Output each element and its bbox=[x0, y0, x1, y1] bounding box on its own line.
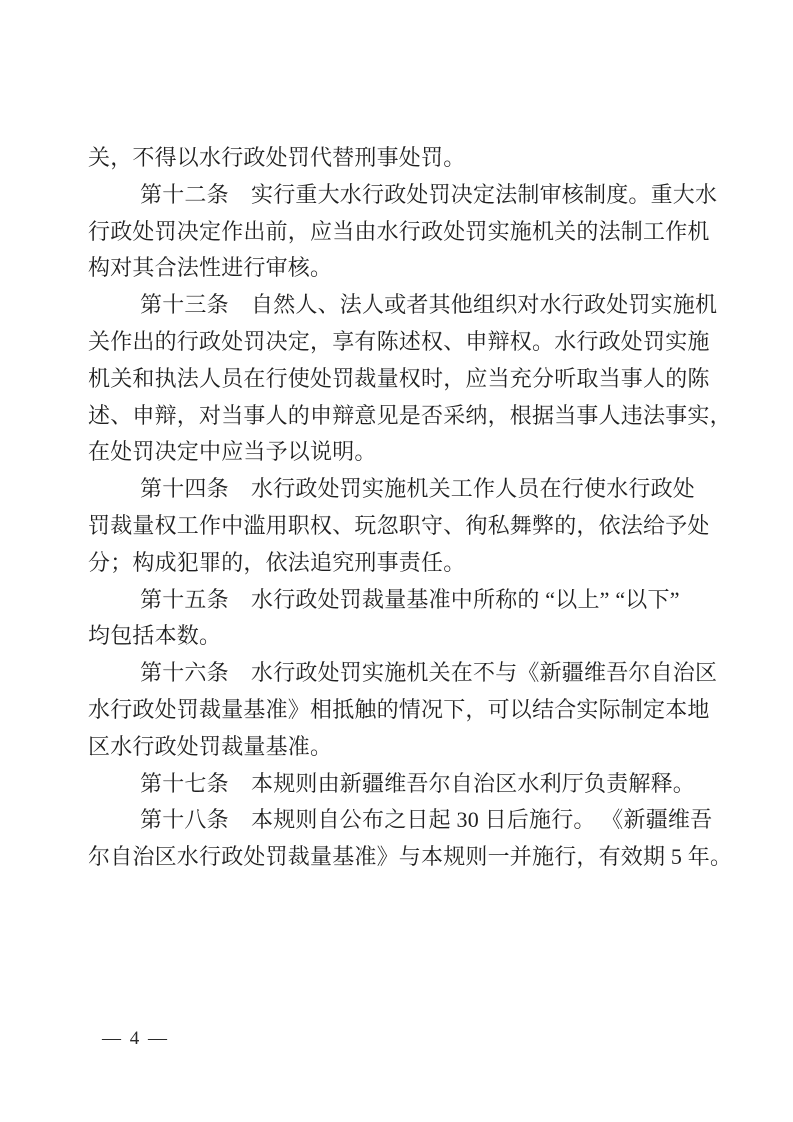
text-line: 第十二条 实行重大水行政处罚决定法制审核制度。重大水 bbox=[88, 177, 710, 214]
text-line: 第十六条 水行政处罚实施机关在不与《新疆维吾尔自治区 bbox=[88, 655, 710, 692]
text-line: 构对其合法性进行审核。 bbox=[88, 250, 710, 287]
text-line: 区水行政处罚裁量基准。 bbox=[88, 729, 710, 766]
text-line: 述、申辩，对当事人的申辩意见是否采纳，根据当事人违法事实， bbox=[88, 398, 710, 435]
text-line: 在处罚决定中应当予以说明。 bbox=[88, 434, 710, 471]
document-page: 关，不得以水行政处罚代替刑事处罚。第十二条 实行重大水行政处罚决定法制审核制度。… bbox=[0, 0, 793, 1122]
text-line: 水行政处罚裁量基准》相抵触的情况下，可以结合实际制定本地 bbox=[88, 692, 710, 729]
text-line: 第十五条 水行政处罚裁量基准中所称的 “以上” “以下” bbox=[88, 582, 710, 619]
text-line: 分；构成犯罪的，依法追究刑事责任。 bbox=[88, 545, 710, 582]
text-line: 罚裁量权工作中滥用职权、玩忽职守、徇私舞弊的，依法给予处 bbox=[88, 508, 710, 545]
document-body: 关，不得以水行政处罚代替刑事处罚。第十二条 实行重大水行政处罚决定法制审核制度。… bbox=[88, 140, 710, 876]
text-line: 第十八条 本规则自公布之日起 30 日后施行。 《新疆维吾 bbox=[88, 802, 710, 839]
text-line: 尔自治区水行政处罚裁量基准》与本规则一并施行，有效期 5 年。 bbox=[88, 839, 710, 876]
text-line: 第十七条 本规则由新疆维吾尔自治区水利厅负责解释。 bbox=[88, 766, 710, 803]
text-line: 行政处罚决定作出前，应当由水行政处罚实施机关的法制工作机 bbox=[88, 214, 710, 251]
text-line: 第十三条 自然人、法人或者其他组织对水行政处罚实施机 bbox=[88, 287, 710, 324]
page-number: — 4 — bbox=[102, 1028, 169, 1050]
text-line: 机关和执法人员在行使处罚裁量权时，应当充分听取当事人的陈 bbox=[88, 361, 710, 398]
text-line: 关，不得以水行政处罚代替刑事处罚。 bbox=[88, 140, 710, 177]
text-line: 均包括本数。 bbox=[88, 618, 710, 655]
text-line: 关作出的行政处罚决定，享有陈述权、申辩权。水行政处罚实施 bbox=[88, 324, 710, 361]
text-line: 第十四条 水行政处罚实施机关工作人员在行使水行政处 bbox=[88, 471, 710, 508]
